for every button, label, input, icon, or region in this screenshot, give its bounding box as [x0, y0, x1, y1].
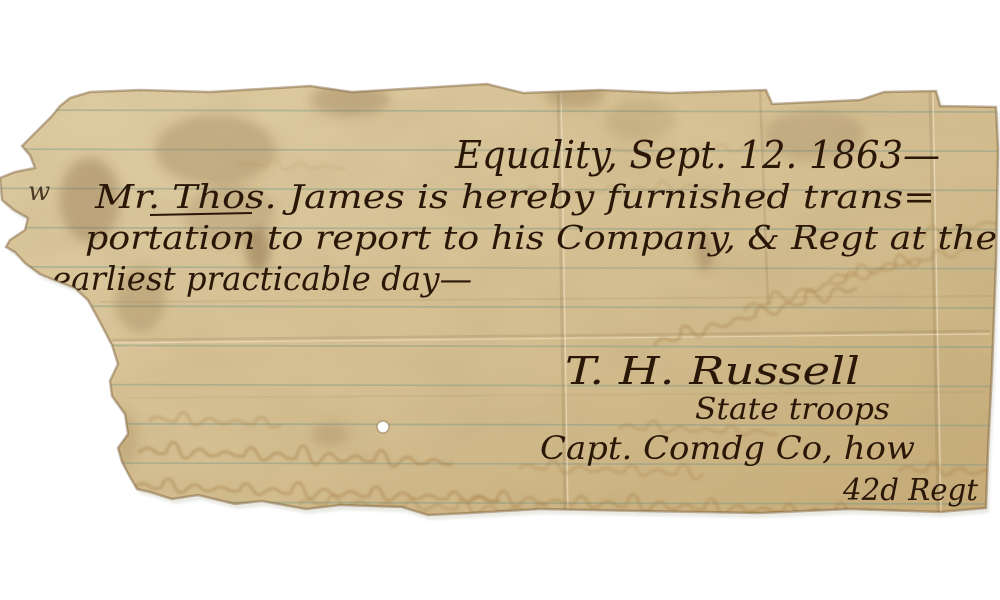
body-line-3: earliest practicable day—: [52, 259, 472, 298]
punch-hole: [377, 421, 389, 433]
stray-mark: w: [28, 177, 50, 207]
torn-paper-document: w Equality, Sept. 12. 1863— Mr. Thos. Ja…: [0, 0, 1000, 600]
signature-line-3: 42d Regt: [842, 473, 979, 508]
dateline: Equality, Sept. 12. 1863—: [454, 133, 940, 177]
signature-name: T. H. Russell: [565, 349, 860, 393]
body-line-1: Mr. Thos. James is hereby furnished tran…: [94, 177, 935, 216]
document-photo: w Equality, Sept. 12. 1863— Mr. Thos. Ja…: [0, 0, 1000, 600]
signature-line-1: State troops: [695, 392, 890, 427]
body-line-2: portation to report to his Company, & Re…: [85, 218, 997, 257]
signature-line-2: Capt. Comdg Co, how: [540, 429, 915, 467]
